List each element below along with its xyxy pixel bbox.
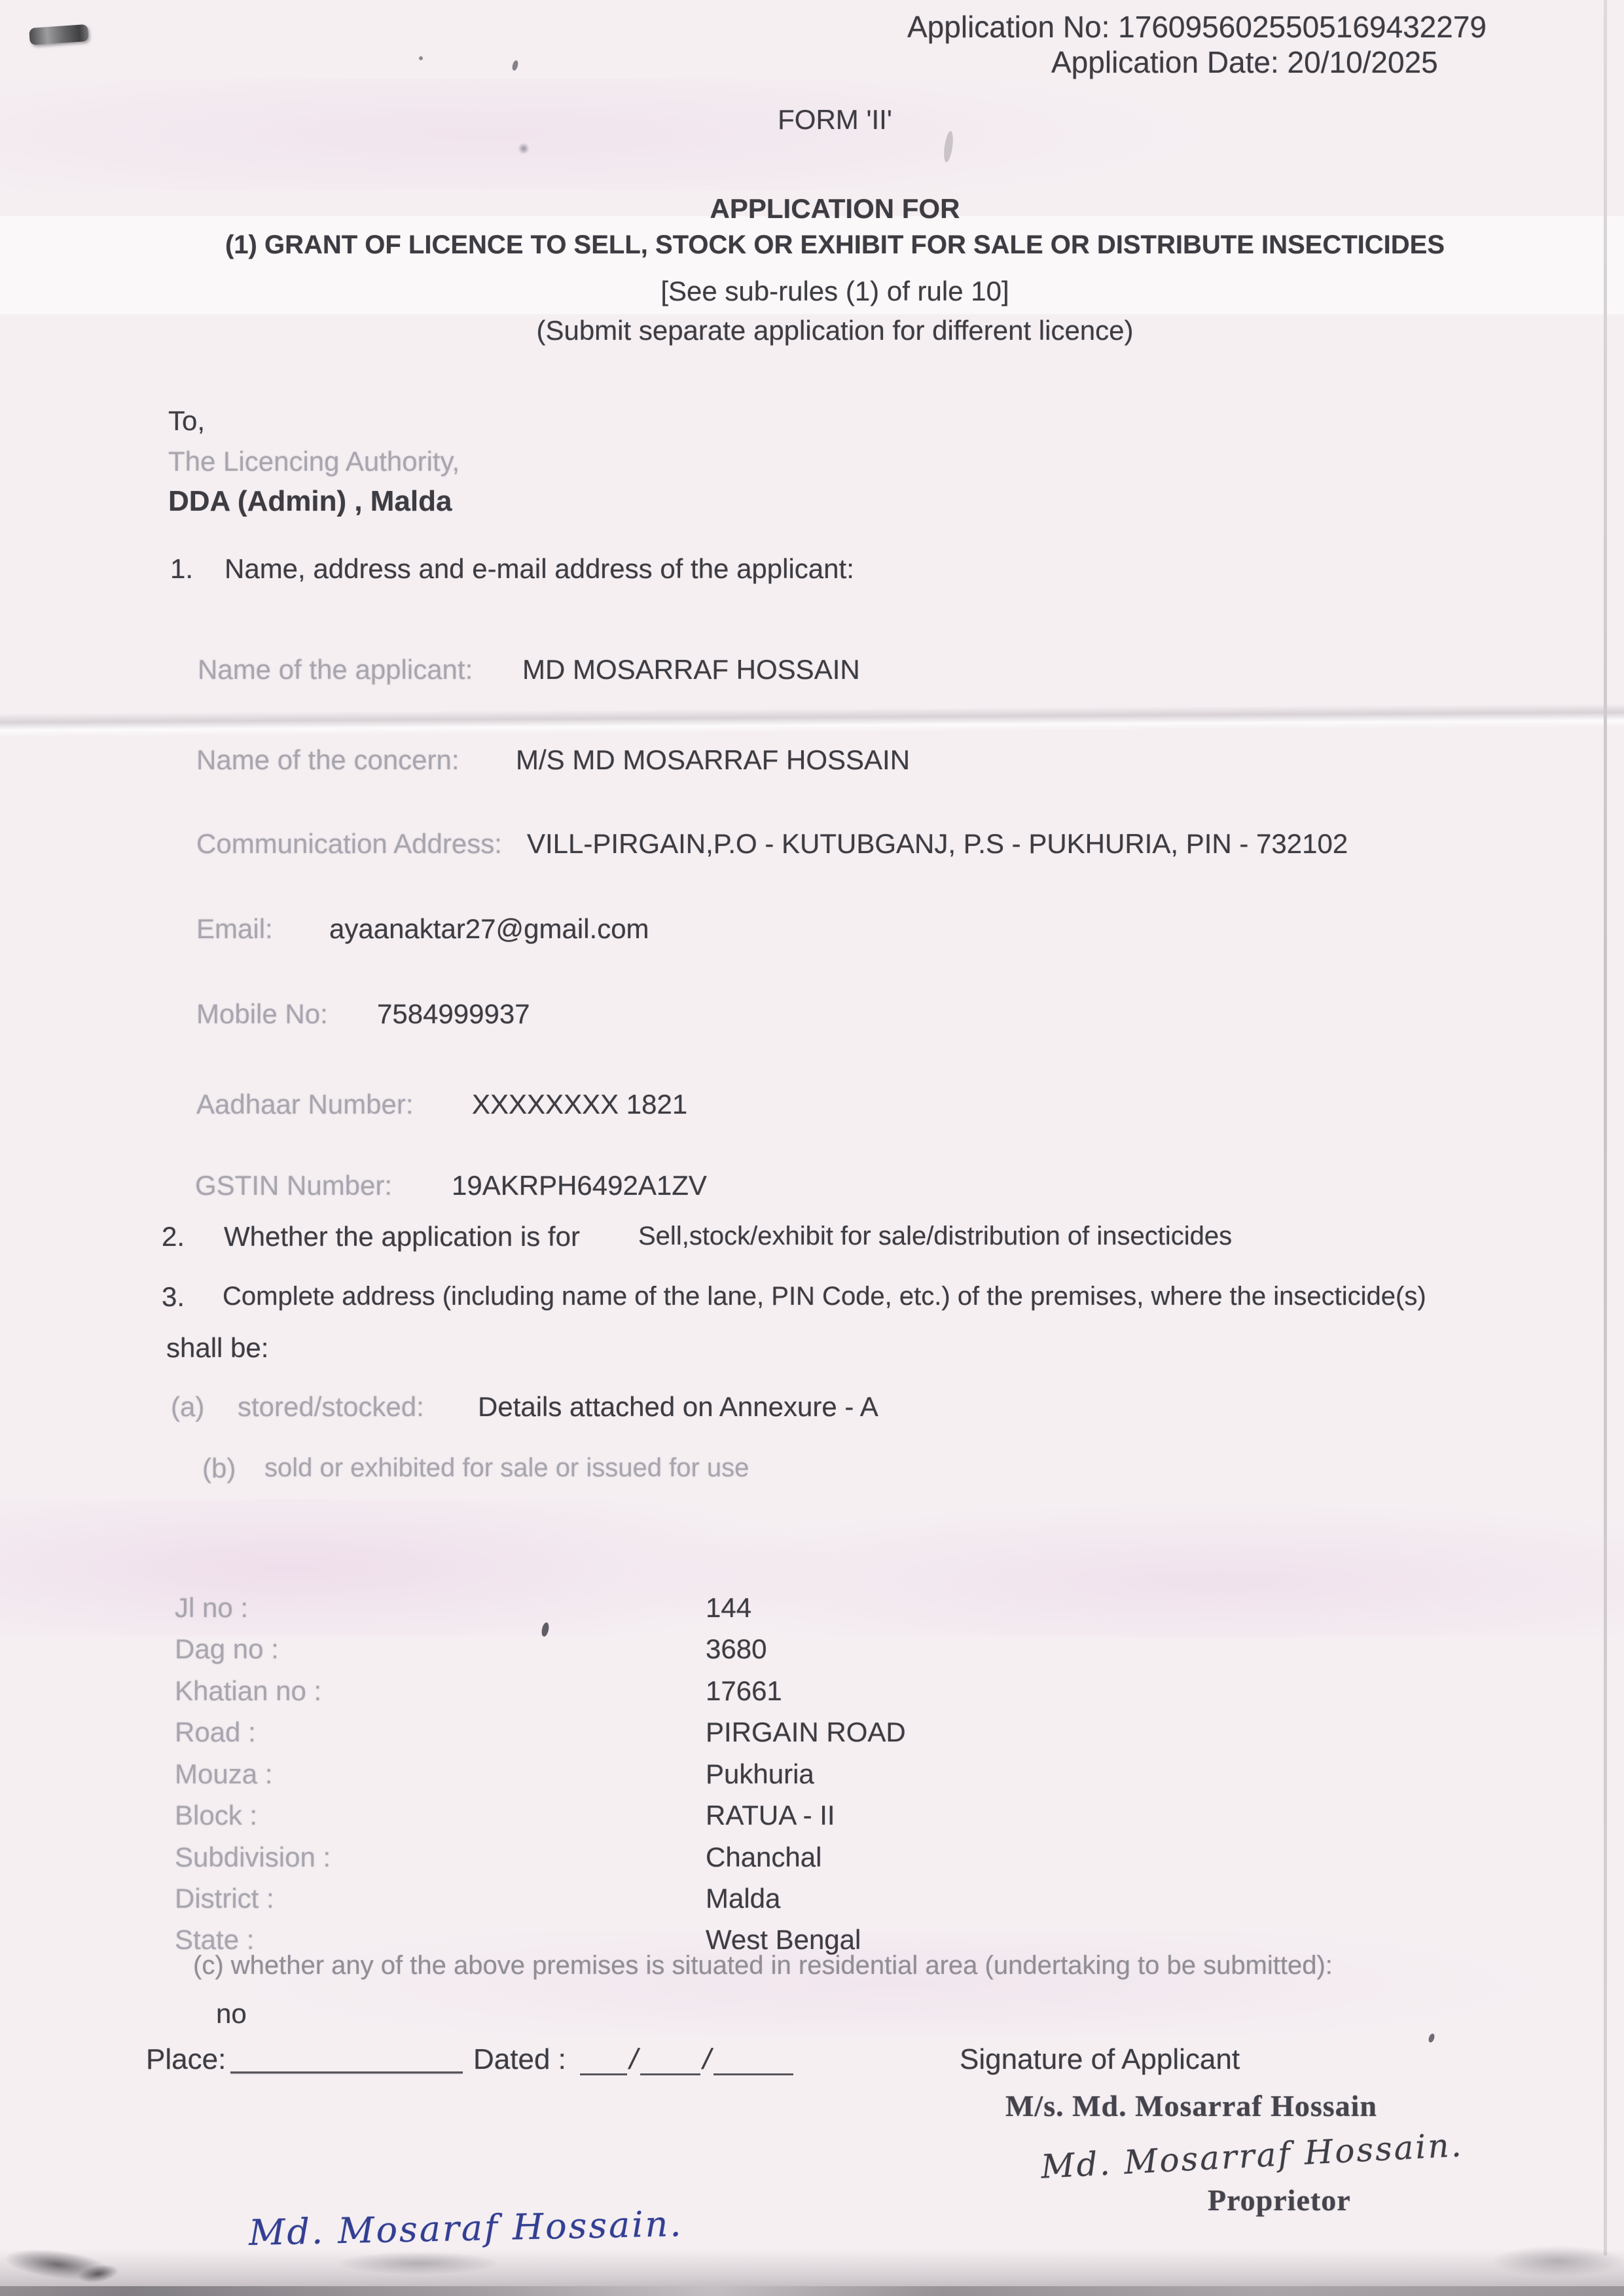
field-label-concern-name: Name of the concern:: [196, 745, 460, 775]
speck: [943, 130, 955, 162]
field-label-gstin: GSTIN Number:: [195, 1171, 392, 1201]
premises-value-block: RATUA - II: [706, 1800, 835, 1831]
bottom-right-smudge: [1492, 2246, 1623, 2277]
premises-label-jl-no: Jl no :: [175, 1593, 248, 1623]
date-blank-month: [640, 2045, 700, 2075]
field-value-applicant-name: MD MOSARRAF HOSSAIN: [522, 655, 860, 685]
dated-label: Dated :: [473, 2044, 566, 2075]
handwritten-signature-blue: Md. Mosaraf Hossain.: [248, 2204, 683, 2252]
sub-rule-note: [See sub-rules (1) of rule 10]: [46, 276, 1624, 306]
date-blank-year: [713, 2045, 793, 2075]
application-number: Application No: 1760956025505169432279: [907, 10, 1487, 44]
field-label-applicant-name: Name of the applicant:: [198, 655, 473, 685]
premises-label-road: Road :: [175, 1717, 256, 1747]
item3a-value: Details attached on Annexure - A: [478, 1392, 878, 1422]
item2-label: Whether the application is for: [224, 1222, 580, 1252]
field-value-mobile: 7584999937: [377, 999, 530, 1029]
speck: [541, 1622, 550, 1637]
premises-label-dag-no: Dag no :: [175, 1634, 279, 1664]
addressee-office: DDA (Admin) , Malda: [168, 486, 452, 517]
premises-label-subdivision: Subdivision :: [175, 1842, 331, 1872]
field-value-email: ayaanaktar27@gmail.com: [329, 914, 649, 944]
premises-label-block: Block :: [175, 1800, 257, 1831]
item1-title: Name, address and e-mail address of the …: [225, 554, 854, 584]
item3c-value: no: [216, 1999, 247, 2029]
item3-line2: shall be:: [166, 1333, 268, 1363]
scanned-application-form-page: Application No: 1760956025505169432279 A…: [0, 0, 1624, 2296]
speck: [1428, 2033, 1435, 2043]
premises-value-dag-no: 3680: [706, 1634, 767, 1664]
handwritten-name-black: Md. Mosarraf Hossain.: [1040, 2127, 1464, 2185]
bottom-scan-shadow: [0, 2249, 1624, 2296]
premises-value-mouza: Pukhuria: [706, 1759, 814, 1789]
premises-value-road: PIRGAIN ROAD: [706, 1717, 906, 1747]
grant-of-licence-heading: (1) GRANT OF LICENCE TO SELL, STOCK OR E…: [46, 230, 1624, 259]
date-blank-group: //: [577, 2044, 796, 2075]
field-label-communication-address: Communication Address:: [196, 829, 502, 859]
signature-of-applicant-label: Signature of Applicant: [960, 2044, 1240, 2075]
premises-value-khatian-no: 17661: [706, 1676, 782, 1706]
premises-value-district: Malda: [706, 1884, 780, 1914]
field-value-communication-address: VILL-PIRGAIN,P.O - KUTUBGANJ, P.S - PUKH…: [527, 829, 1348, 859]
bottom-left-smudge: [4, 2244, 111, 2284]
staple-mark: [29, 24, 89, 45]
item3a-number: (a): [171, 1392, 204, 1422]
item3b-label: sold or exhibited for sale or issued for…: [264, 1453, 749, 1482]
premises-label-khatian-no: Khatian no :: [175, 1676, 321, 1706]
submit-note: (Submit separate application for differe…: [46, 316, 1624, 346]
field-label-mobile: Mobile No:: [196, 999, 328, 1029]
item1-number: 1.: [170, 554, 193, 584]
premises-label-mouza: Mouza :: [175, 1759, 272, 1789]
date-blank-day: [580, 2045, 627, 2075]
item2-number: 2.: [162, 1222, 185, 1252]
application-date: Application Date: 20/10/2025: [1051, 46, 1438, 79]
premises-value-jl-no: 144: [706, 1593, 751, 1623]
stamp-firm-name: M/s. Md. Mosarraf Hossain: [1005, 2090, 1377, 2123]
item3-number: 3.: [162, 1282, 185, 1312]
item3a-label: stored/stocked:: [238, 1392, 424, 1422]
bottom-edge-strip: [0, 2286, 1624, 2296]
speck: [419, 56, 423, 60]
place-blank-line: [230, 2071, 463, 2073]
item3b-number: (b): [202, 1453, 236, 1484]
field-value-aadhaar: XXXXXXXX 1821: [472, 1089, 687, 1120]
field-value-concern-name: M/S MD MOSARRAF HOSSAIN: [516, 745, 910, 775]
speck: [511, 60, 519, 71]
premises-value-subdivision: Chanchal: [706, 1842, 821, 1872]
field-label-aadhaar: Aadhaar Number:: [196, 1089, 414, 1120]
speck: [518, 143, 530, 155]
item3-line1: Complete address (including name of the …: [223, 1282, 1426, 1311]
item3c-label: (c) whether any of the above premises is…: [193, 1951, 1333, 1980]
stamp-title-proprietor: Proprietor: [1208, 2184, 1351, 2217]
addressee-authority: The Licencing Authority,: [168, 446, 460, 477]
application-for-heading: APPLICATION FOR: [46, 194, 1624, 224]
field-label-email: Email:: [196, 914, 273, 944]
premises-label-district: District :: [175, 1884, 274, 1914]
addressee-to: To,: [168, 406, 205, 436]
date-slash: /: [700, 2044, 715, 2075]
crease-line: [0, 703, 1624, 737]
field-value-gstin: 19AKRPH6492A1ZV: [452, 1171, 707, 1201]
bottom-left-smudge-small: [76, 2262, 120, 2286]
date-slash: /: [626, 2044, 641, 2075]
form-title: FORM 'II': [46, 105, 1624, 135]
bottom-mid-smudge: [340, 2252, 497, 2274]
item2-value: Sell,stock/exhibit for sale/distribution…: [638, 1222, 1232, 1250]
place-label: Place:: [146, 2044, 226, 2075]
